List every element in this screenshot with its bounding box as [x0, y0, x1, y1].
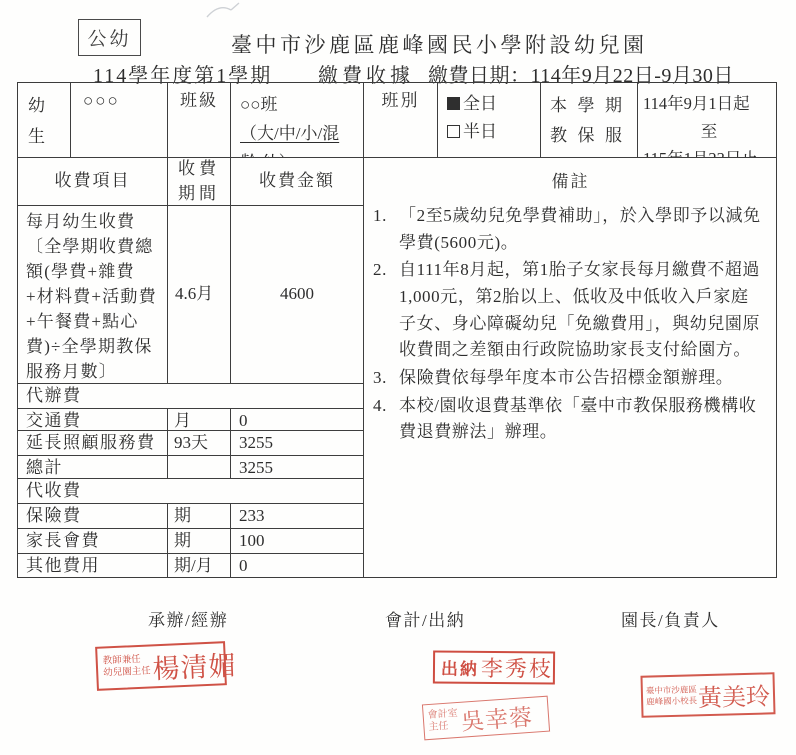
stamp-principal-huang: 臺中市沙鹿區 鹿峰國小校長 黃美玲 [640, 672, 775, 717]
stamp-director-yang: 教師兼任 幼兒園主任 楊清媚 [95, 641, 227, 691]
stamp-cashier-li: 出納 李秀枝 [433, 650, 555, 684]
session-label-cell: 班別 [364, 83, 438, 158]
category-label: 公幼 [87, 24, 131, 51]
fee-row-item: 保險費 [18, 504, 168, 529]
stamp-role-lines: 會計室 主任 [427, 707, 459, 734]
remark-item: 1. 「2至5歲幼兒免學費補助」，於入學即予以減免學費(5600元)。 [373, 203, 765, 256]
agency-fee-section-cell: 代辦費 [18, 384, 364, 409]
receipt-document: 公幼 臺中市沙鹿區鹿峰國民小學附設幼兒園 114學年度第1學期 繳費收據 繳費日… [0, 0, 796, 755]
column-header-amount: 收費金額 [231, 158, 364, 206]
fee-row-item: 其他費用 [18, 554, 168, 578]
class-label-cell: 班級 [168, 83, 231, 158]
remark-number: 4. [373, 393, 399, 446]
fee-row-item: 總計 [18, 456, 168, 479]
class-options: （大/中/小/混齡/幼） [240, 119, 359, 158]
stamp-role-lines: 教師兼任 幼兒園主任 [103, 655, 152, 681]
fee-row-amount: 100 [231, 529, 364, 554]
remark-item: 4. 本校/園收退費基準依「臺中市教保服務機構收費退費辦法」辦理。 [373, 393, 765, 446]
remark-number: 3. [373, 365, 399, 392]
category-box: 公幼 [78, 19, 141, 56]
class-value-cell: ○○班 （大/中/小/混齡/幼） [231, 83, 364, 158]
remark-item: 3. 保險費依每學年度本市公告招標金額辦理。 [373, 365, 765, 392]
service-period-end: 115年1月23日止。 [643, 145, 775, 158]
monthly-fee-item-cell: 每月幼生收費〔全學期收費總額(學費+雜費+材料費+活動費+午餐費+點心費)÷全學… [18, 206, 168, 384]
stamp-role-line: 幼兒園主任 [103, 666, 151, 680]
fee-row-period [168, 456, 231, 479]
fee-row-amount: 233 [231, 504, 364, 529]
stamp-name: 李秀枝 [481, 652, 553, 684]
remarks-list: 1. 「2至5歲幼兒免學費補助」，於入學即予以減免學費(5600元)。 2. 自… [364, 203, 777, 446]
stamp-name: 楊清媚 [152, 643, 238, 686]
fee-row-period: 期/月 [168, 554, 231, 578]
student-name-label-cell: 幼生姓名 [18, 83, 71, 158]
column-header-period-text: 收費期間 [176, 158, 222, 206]
pencil-scribble-mark [205, 1, 250, 21]
service-period-to: 至 [643, 118, 775, 146]
stamp-role-lines: 臺中市沙鹿區 鹿峰國小校長 [646, 685, 698, 708]
session-option-full-day: 全日 [447, 90, 540, 118]
fee-row-period: 93天 [168, 431, 231, 456]
stamp-role-line: 出納 [441, 655, 479, 680]
column-header-period: 收費期間 [168, 158, 231, 206]
remarks-header: 備註 [364, 158, 777, 194]
remark-item: 2. 自111年8月起，第1胎子女家長每月繳費不超過1,000元，第2胎以上、低… [373, 257, 765, 364]
full-day-label: 全日 [463, 94, 497, 113]
service-period-label: 本學期教保服務期程 [541, 83, 633, 158]
session-option-half-day: 半日 [447, 118, 540, 146]
fee-row-amount: 0 [231, 409, 364, 431]
stamp-accounting-chief-wu: 會計室 主任 吳幸蓉 [422, 696, 550, 741]
half-day-label: 半日 [463, 122, 497, 141]
remark-text: 保險費依每學年度本市公告招標金額辦理。 [399, 365, 765, 392]
fee-row-amount: 3255 [231, 431, 364, 456]
remark-text: 自111年8月起，第1胎子女家長每月繳費不超過1,000元，第2胎以上、低收及中… [399, 257, 765, 364]
remark-number: 2. [373, 257, 399, 364]
remark-number: 1. [373, 203, 399, 256]
fee-row-item: 交通費 [18, 409, 168, 431]
collected-fee-section-cell: 代收費 [18, 479, 364, 504]
fee-row-period: 期 [168, 504, 231, 529]
service-period-label-cell: 本學期教保服務期程 [541, 83, 638, 158]
signature-label-principal: 園長/負責人 [621, 606, 720, 631]
remark-text: 「2至5歲幼兒免學費補助」，於入學即予以減免學費(5600元)。 [399, 203, 765, 256]
fee-row-item: 家長會費 [18, 529, 168, 554]
fee-row-amount: 0 [231, 554, 364, 578]
session-options-cell: 全日 半日 [438, 83, 541, 158]
service-period-value-cell: 114年9月1日起 至 115年1月23日止。 [638, 83, 777, 158]
remarks-cell: 備註 1. 「2至5歲幼兒免學費補助」，於入學即予以減免學費(5600元)。 2… [364, 158, 777, 578]
stamp-role-line: 鹿峰國小校長 [646, 695, 697, 707]
full-day-checkbox-checked-icon [447, 97, 460, 110]
half-day-checkbox-icon [447, 125, 460, 138]
column-header-item: 收費項目 [18, 158, 168, 206]
monthly-fee-amount-cell: 4600 [231, 206, 364, 384]
student-name-value-cell: ○○○ [71, 83, 168, 158]
fee-row-item: 延長照顧服務費 [18, 431, 168, 456]
fee-row-period: 期 [168, 529, 231, 554]
receipt-table: 幼生姓名 ○○○ 班級 ○○班 （大/中/小/混齡/幼） 班別 全日 半日 本學… [17, 82, 777, 578]
signature-label-accounting: 會計/出納 [385, 606, 465, 631]
class-value: ○○班 [240, 90, 359, 119]
service-period-start: 114年9月1日起 [643, 90, 775, 118]
stamp-name: 吳幸蓉 [460, 698, 534, 736]
school-title: 臺中市沙鹿區鹿峰國民小學附設幼兒園 [231, 29, 648, 59]
signature-label-handler: 承辦/經辦 [148, 606, 228, 631]
stamp-role-line: 主任 [428, 720, 459, 735]
stamp-name: 黃美玲 [698, 676, 771, 713]
fee-row-amount: 3255 [231, 456, 364, 479]
remark-text: 本校/園收退費基準依「臺中市教保服務機構收費退費辦法」辦理。 [399, 393, 765, 446]
monthly-fee-period-cell: 4.6月 [168, 206, 231, 384]
fee-row-period: 月 [168, 409, 231, 431]
